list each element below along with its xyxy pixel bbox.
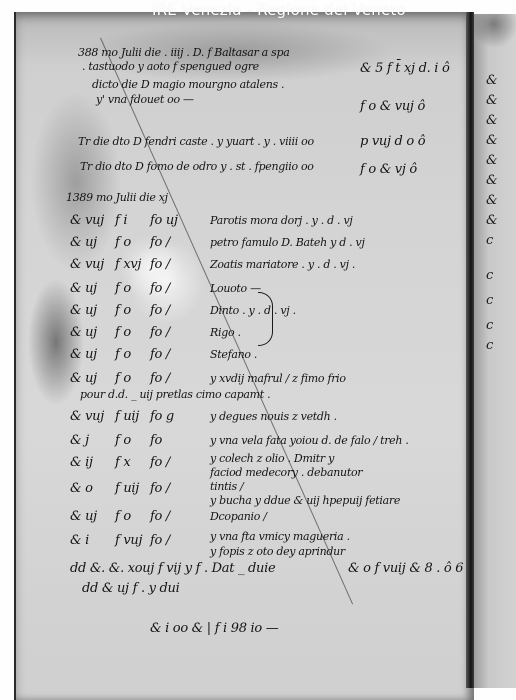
facing-mark: & <box>486 94 498 108</box>
row-col-3: fo g <box>150 410 174 423</box>
row-col-1: & o <box>70 482 93 495</box>
row-col-2: f i <box>115 214 127 227</box>
facing-mark: & <box>486 134 498 148</box>
row-description: faciod medecory . debanutor <box>210 466 362 479</box>
row-col-3: fo / <box>150 534 170 547</box>
row-col-2: f o <box>115 304 131 317</box>
row-col-3: fo / <box>150 348 170 361</box>
manuscript-scan: & & & & & & & & c c c c c IRE Venezia - … <box>0 0 516 700</box>
row-description: y xvdij mafrul / z fimo frio <box>210 372 346 385</box>
row-col-1: & vuj <box>70 214 104 227</box>
row-description: y colech z olio . Dmitr y <box>210 452 334 465</box>
row-col-1: & j <box>70 434 89 447</box>
section-heading: 1389 mo Julii die xj <box>66 191 168 204</box>
row-col-1: & uj <box>70 372 97 385</box>
row-col-1: & uj <box>70 282 97 295</box>
facing-mark: & <box>486 154 498 168</box>
row-col-2: f o <box>115 282 131 295</box>
row-col-2: f o <box>115 510 131 523</box>
row-col-3: fo uj <box>150 214 178 227</box>
facing-mark: c <box>486 339 493 353</box>
row-description: y degues nouis z vetdh . <box>210 410 337 423</box>
entry-amount: & 5 f t̄ xj d. i ô <box>360 62 450 75</box>
row-col-2: f o <box>115 372 131 385</box>
entry-amount: p vuj d o ô <box>360 135 425 148</box>
row-description: Louoto — <box>210 282 261 295</box>
row-col-1: & uj <box>70 326 97 339</box>
row-description: Dinto . y . d . vj . <box>210 304 296 317</box>
total-amount: & o f vuij & 8 . ô 6 <box>348 562 463 575</box>
entry-line: . tastuodo y aoto f spengued ogre <box>82 60 259 73</box>
entry-line: 388 mo Julii die . iiij . D. f Baltasar … <box>78 46 290 59</box>
row-description: Zoatis mariatore . y . d . vj . <box>210 258 355 271</box>
row-col-1: & uj <box>70 304 97 317</box>
row-description: y fopis z oto dey aprindur <box>210 545 345 558</box>
row-col-3: fo / <box>150 510 170 523</box>
facing-mark: & <box>486 194 498 208</box>
row-col-3: fo / <box>150 372 170 385</box>
entry-line: y' vna fdouet oo — <box>96 93 194 106</box>
row-col-3: fo / <box>150 304 170 317</box>
total-line: dd &. &. xouj f vij y f . Dat _ duie <box>70 562 275 575</box>
row-description: Rigo . <box>210 326 241 339</box>
sub-line: dd & uj f . y dui <box>82 582 179 595</box>
row-col-3: fo / <box>150 326 170 339</box>
row-col-2: f vuj <box>115 534 142 547</box>
row-description: Stefano . <box>210 348 257 361</box>
row-description: Dcopanio / <box>210 510 267 523</box>
facing-mark: & <box>486 114 498 128</box>
footer-total: & i oo & | f i 98 io — <box>150 622 278 635</box>
row-col-2: f o <box>115 434 131 447</box>
row-description: y vna fta vmicy magueria . <box>210 530 350 543</box>
entry-amount: f o & vuj ô <box>360 100 425 113</box>
row-description: petro famulo D. Bateh y d . vj <box>210 236 365 249</box>
row-col-3: fo / <box>150 236 170 249</box>
facing-mark: & <box>486 174 498 188</box>
mid-note: pour d.d. _ uij pretlas cimo capamt . <box>80 388 270 401</box>
facing-mark: c <box>486 269 493 283</box>
entry-line: Tr die dto D fendri caste . y yuart . y … <box>78 135 314 148</box>
row-description: y bucha y ddue & uij hpepuij fetiare <box>210 494 400 507</box>
facing-mark: c <box>486 294 493 308</box>
row-col-1: & uj <box>70 236 97 249</box>
facing-mark: c <box>486 319 493 333</box>
row-col-1: & ij <box>70 456 93 469</box>
row-description: y vna vela fata yoiou d. de falo / treh … <box>210 434 409 447</box>
entry-line: dicto die D magio mourgno atalens . <box>92 78 284 91</box>
row-col-1: & uj <box>70 348 97 361</box>
grouping-brace <box>258 292 273 346</box>
row-col-1: & i <box>70 534 89 547</box>
row-col-1: & uj <box>70 510 97 523</box>
row-col-2: f uij <box>115 410 139 423</box>
row-description: Parotis mora dorj . y . d . vj <box>210 214 352 227</box>
facing-mark: c <box>486 234 493 248</box>
archive-watermark: IRE Venezia - Regione del Veneto <box>152 1 482 19</box>
binding-gutter <box>466 12 474 688</box>
row-description: tintis / <box>210 480 243 493</box>
row-col-2: f xvj <box>115 258 141 271</box>
row-col-2: f o <box>115 326 131 339</box>
entry-line: Tr dio dto D fomo de odro y . st . fpeng… <box>80 160 314 173</box>
row-col-3: fo / <box>150 282 170 295</box>
row-col-2: f o <box>115 348 131 361</box>
row-col-3: fo / <box>150 258 170 271</box>
row-col-3: fo / <box>150 456 170 469</box>
entry-amount: f o & vj ô <box>360 163 417 176</box>
facing-mark: & <box>486 214 498 228</box>
facing-page-strip: & & & & & & & & c c c c c <box>474 14 516 688</box>
row-col-2: f uij <box>115 482 139 495</box>
row-col-1: & vuj <box>70 410 104 423</box>
row-col-1: & vuj <box>70 258 104 271</box>
row-col-2: f x <box>115 456 130 469</box>
row-col-2: f o <box>115 236 131 249</box>
facing-mark: & <box>486 74 498 88</box>
row-col-3: fo <box>150 434 162 447</box>
row-col-3: fo / <box>150 482 170 495</box>
